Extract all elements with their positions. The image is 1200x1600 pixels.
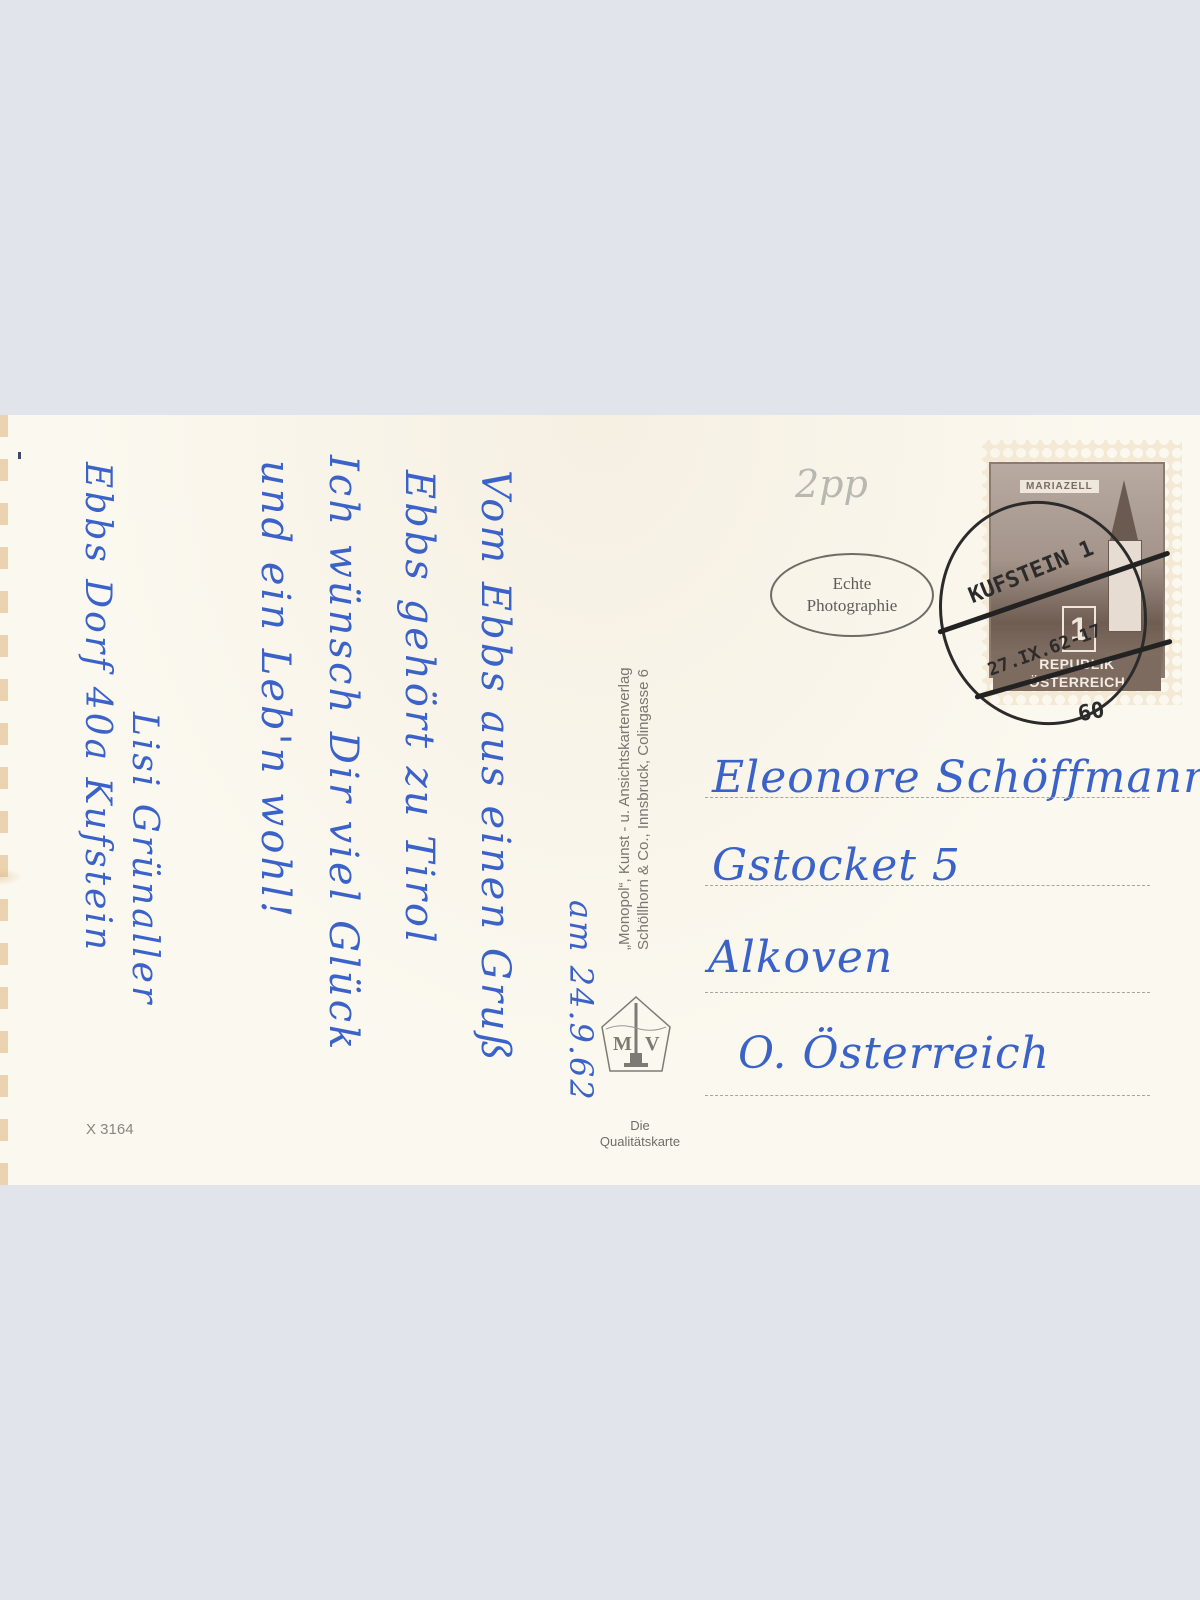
publisher-line-2: Schöllhorn & Co., Innsbruck, Colingasse … <box>634 667 653 950</box>
pinhole-mark <box>18 452 21 459</box>
address-line-4 <box>705 1095 1150 1096</box>
message-line-2: Ebbs gehört zu Tirol <box>396 470 442 946</box>
svg-text:M: M <box>613 1033 632 1055</box>
photo-label-line-2: Photographie <box>807 595 898 617</box>
address-line-1 <box>705 797 1150 798</box>
message-line-4: und ein Leb'n wohl! <box>252 460 298 920</box>
address-line-2 <box>705 885 1150 886</box>
stamp-title: MARIAZELL <box>1020 480 1099 493</box>
photo-label: Echte Photographie <box>770 553 934 637</box>
publisher-line-1: „Monopol“, Kunst - u. Ansichtskartenverl… <box>615 667 634 950</box>
recipient-region: O. Österreich <box>738 1028 1050 1079</box>
address-line-3 <box>705 992 1150 993</box>
postmark-code: 60 <box>1076 698 1106 727</box>
photo-label-line-1: Echte <box>833 573 872 595</box>
signature-name: Lisi Grünaller <box>124 712 165 1006</box>
message-line-3: Ich wünsch Dir viel Glück <box>320 455 366 1052</box>
message-line-1: Vom Ebbs aus einen Gruß <box>472 470 518 1063</box>
catalog-code: X 3164 <box>86 1121 134 1138</box>
logo-caption: Die Qualitätskarte <box>585 1118 695 1150</box>
recipient-street: Gstocket 5 <box>712 840 961 891</box>
publisher-imprint: „Monopol“, Kunst - u. Ansichtskartenverl… <box>615 667 653 950</box>
publisher-logo-icon: M V <box>600 995 672 1073</box>
church-spire-icon <box>1110 480 1138 540</box>
svg-text:V: V <box>645 1033 660 1055</box>
date-written: am 24.9.62 <box>562 900 600 1102</box>
recipient-name: Eleonore Schöffmann <box>712 752 1200 803</box>
signature-address: Ebbs Dorf 40a Kufstein <box>77 462 118 953</box>
pencil-note: 2pp <box>795 462 868 506</box>
recipient-town: Alkoven <box>708 932 893 983</box>
